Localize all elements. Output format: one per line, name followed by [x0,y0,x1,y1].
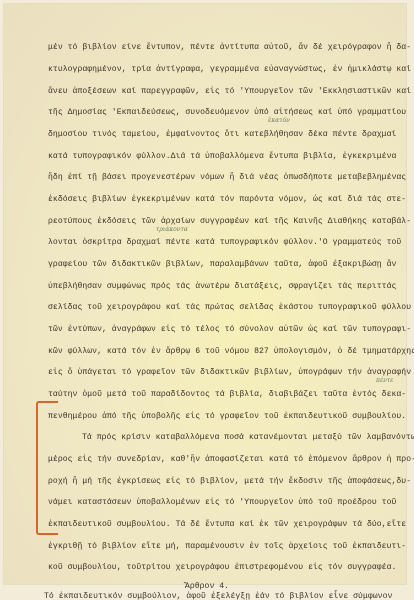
text-line-27: Τό ἐκπαιδευτικόν συμβούλιον, ἀφοῦ ἐξελέγ… [44,592,392,600]
text-line-23: ἐκπαιδευτικοῦ συμβουλίου. Τά δέ ἔντυπα κ… [48,520,406,530]
text-line-11: γραφείου τῶν διδακτικῶν βιβλίων, παραλαμ… [48,260,396,270]
article-heading: Ἄρθρον 4. [0,582,414,592]
text-line-8: ἐκδόσεις βιβλίων ἐγκεκριμένων κατά τόν π… [48,195,406,205]
text-line-1: μέν τό βιβλίον είνε ἔντυπον, πέντε ἀντίτ… [48,43,411,53]
document-page: μέν τό βιβλίον είνε ἔντυπον, πέντε ἀντίτ… [4,4,406,584]
text-line-12: ὑπεβλήθησαν συμφώνως πρός τάς ἀνωτέρω δι… [48,282,396,292]
text-line-21: ροχή ἤ μή τῆς ἐγκρίσεως εἰς τό βιβλίον, … [48,477,411,487]
text-line-25: κοῦ συμβουλίου, τοῦτρίτου χειρογράφου ἐπ… [48,563,396,573]
text-line-24: ἐγκριθῇ τό βιβλίον εἴτε μή, παραμένουσιν… [48,542,406,552]
handwritten-annotation-hekaton: ἑκατόν [268,117,290,124]
text-line-13: σελίδας τοῦ χειρογράφου καί τάς πρώτας σ… [48,303,411,313]
text-line-5: δημοσίου τινός ταμείου, ἐμφαίνοντος ὅτι … [48,130,396,140]
text-line-9: ρεοτύπους ἐκδόσεις τῶν ἀρχαίων συγγραφέω… [48,217,411,227]
text-line-16: εἰς ὅ ὑπάγεται τό γραφεῖον τῶν διδακτικῶ… [48,368,411,378]
margin-bracket-mark [36,401,58,535]
text-line-22: νάμει καταστάσεων ὑποβαλλομένων εἰς τό '… [48,498,396,508]
handwritten-annotation-pente: πέντε [376,377,393,384]
text-line-7: ἤδη ἐπί τῇ βάσει προγενεστέρων νόμων ἤ δ… [48,173,406,183]
text-line-3: ἄνευ ἀποξέσεων καί παρεγγραφῶν, εἰς τό '… [48,87,411,97]
text-line-17: ταύτην ὁμοῦ μετά τοῦ παραδίδοντος τά βιβ… [48,390,406,400]
text-line-19: Τά πρός κρίσιν καταβαλλόμενα ποσά κατανέ… [82,433,414,443]
handwritten-annotation-triakonta: τριάκοντα [156,226,188,233]
text-line-18: πενθημέρου ἀπό τῆς ὑποβολῆς εἰς τό γραφε… [48,412,406,422]
text-line-4: τῆς Δημοσίας 'Εκπαιδεύσεως, συνοδευόμενο… [48,108,406,118]
text-line-10: λονται ὁσκρίτρα δραχμαί πέντε κατά τυπογ… [48,238,401,248]
text-line-2: κτυλογραφημένον, τρία ἀντίγραφα, γεγραμμ… [48,65,411,75]
text-line-6: κατά τυπογραφικόν φύλλον.Διά τά ὑποβαλλό… [48,152,396,162]
text-line-14: τῶν ἐντύπων, ἀναγράφων εἰς τό τέλος τό σ… [48,325,411,335]
text-line-20: μέρος εἰς τήν συνεδρίαν, καθ'ἥν ἀποφασίζ… [48,455,414,465]
text-line-15: κῶν φύλλων, κατά τόν ἐν ἄρθρῳ 6 τοῦ νόμο… [48,347,414,357]
